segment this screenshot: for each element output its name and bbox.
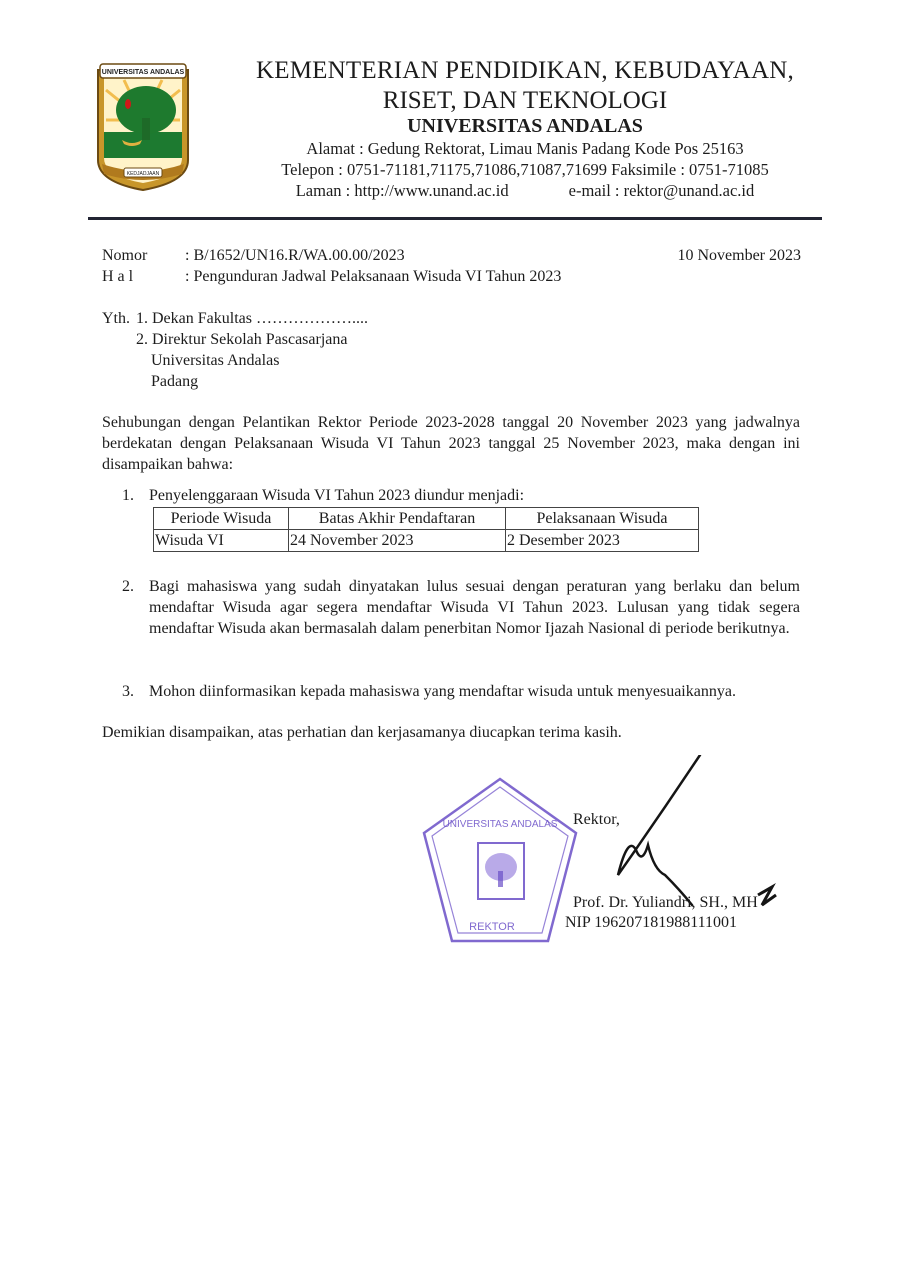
table-row: Wisuda VI 24 November 2023 2 Desember 20…: [154, 530, 699, 552]
letter-date: 10 November 2023: [677, 245, 801, 266]
point-1: 1. Penyelenggaraan Wisuda VI Tahun 2023 …: [122, 485, 800, 506]
svg-text:UNIVERSITAS ANDALAS: UNIVERSITAS ANDALAS: [102, 69, 185, 76]
signatory-nip: NIP 196207181988111001: [565, 912, 737, 933]
ministry-name-line2: RISET, DAN TEKNOLOGI: [230, 86, 820, 116]
point-number: 1.: [122, 485, 134, 506]
universitas-andalas-crest-icon: UNIVERSITAS ANDALAS KEDJADJAAN: [94, 60, 192, 192]
nomor-label: Nomor: [102, 245, 147, 266]
point-3: 3. Mohon diinformasikan kepada mahasiswa…: [122, 681, 800, 702]
nomor-value: : B/1652/UN16.R/WA.00.00/2023: [185, 245, 405, 266]
schedule-table: Periode Wisuda Batas Akhir Pendaftaran P…: [153, 507, 699, 552]
hal-label: H a l: [102, 266, 133, 287]
table-cell: Wisuda VI: [154, 530, 289, 552]
university-logo: UNIVERSITAS ANDALAS KEDJADJAAN: [94, 60, 192, 192]
point-text: Mohon diinformasikan kepada mahasiswa ya…: [149, 681, 800, 702]
table-header-row: Periode Wisuda Batas Akhir Pendaftaran P…: [154, 508, 699, 530]
point-number: 2.: [122, 576, 134, 597]
recipient-2: 2. Direktur Sekolah Pascasarjana: [136, 329, 347, 350]
column-header: Pelaksanaan Wisuda: [506, 508, 699, 530]
point-text: Penyelenggaraan Wisuda VI Tahun 2023 diu…: [149, 485, 800, 506]
point-text: Bagi mahasiswa yang sudah dinyatakan lul…: [149, 576, 800, 639]
recipient-city: Padang: [151, 371, 198, 392]
signatory-name: Prof. Dr. Yuliandri, SH., MH: [573, 892, 758, 913]
column-header: Periode Wisuda: [154, 508, 289, 530]
university-name: UNIVERSITAS ANDALAS: [230, 114, 820, 138]
svg-text:KEDJADJAAN: KEDJADJAAN: [127, 171, 160, 177]
signatory-title: Rektor,: [573, 809, 620, 830]
phone-fax: Telepon : 0751-71181,71175,71086,71087,7…: [230, 160, 820, 180]
hal-value: : Pengunduran Jadwal Pelaksanaan Wisuda …: [185, 266, 561, 287]
recipient-institution: Universitas Andalas: [151, 350, 279, 371]
address: Alamat : Gedung Rektorat, Limau Manis Pa…: [230, 139, 820, 159]
column-header: Batas Akhir Pendaftaran: [289, 508, 506, 530]
point-number: 3.: [122, 681, 134, 702]
table-cell: 2 Desember 2023: [506, 530, 699, 552]
closing-paragraph: Demikian disampaikan, atas perhatian dan…: [102, 722, 622, 743]
point-2: 2. Bagi mahasiswa yang sudah dinyatakan …: [122, 576, 800, 639]
website-link[interactable]: Laman : http://www.unand.ac.id: [296, 181, 509, 200]
recipient-1: 1. Dekan Fakultas ………………....: [136, 308, 368, 329]
letterhead-divider: [88, 217, 822, 220]
recipient-prefix: Yth.: [102, 308, 130, 329]
svg-text:REKTOR: REKTOR: [469, 921, 515, 933]
email-link[interactable]: e-mail : rektor@unand.ac.id: [569, 181, 755, 200]
ministry-name-line1: KEMENTERIAN PENDIDIKAN, KEBUDAYAAN,: [230, 56, 820, 86]
intro-paragraph: Sehubungan dengan Pelantikan Rektor Peri…: [102, 412, 800, 475]
contact-line: Laman : http://www.unand.ac.ide-mail : r…: [230, 181, 820, 201]
table-cell: 24 November 2023: [289, 530, 506, 552]
